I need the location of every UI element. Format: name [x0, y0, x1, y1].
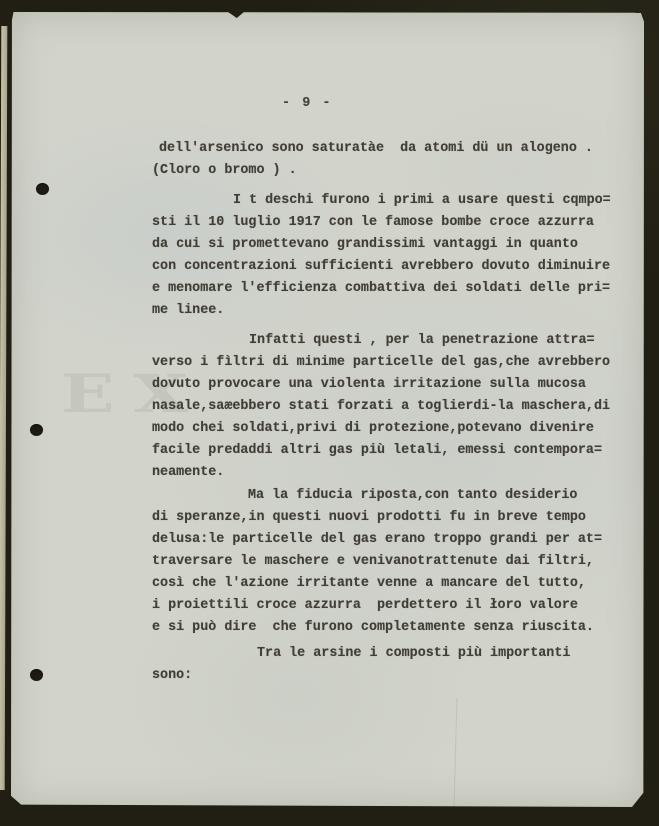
punch-hole [30, 424, 43, 436]
punch-hole [36, 183, 49, 195]
text-line: dovuto provocare una violenta irritazion… [152, 374, 638, 396]
paragraph: Tra le arsine i composti più importanti … [152, 643, 638, 687]
document-page: EX - 9 - dell'arsenico sono saturatàe da… [11, 12, 644, 807]
text-line: I t deschi furono i primi a usare questi… [152, 190, 638, 212]
text-line: Ma la fiducia riposta,con tanto desideri… [152, 485, 638, 507]
text-line: i proiettili croce azzurra perdettero il… [152, 595, 638, 617]
text-line: sono: [152, 665, 638, 687]
text-line: e si può dire che furono completamente s… [152, 617, 638, 639]
paragraph: I t deschi furono i primi a usare questi… [152, 190, 638, 322]
text-line: sti il 10 luglio 1917 con le famose bomb… [152, 212, 638, 234]
text-line: verso i fìltri di minime particelle del … [152, 352, 638, 374]
text-line: di speranze,in questi nuovi prodotti fu … [152, 507, 638, 529]
text-line: modo chei soldati,privi di protezione,po… [152, 418, 638, 440]
text-line: e menomare l'efficienza combattiva dei s… [152, 278, 638, 300]
paragraph: Infatti questi , per la penetrazione att… [152, 330, 638, 484]
text-line: dell'arsenico sono saturatàe da atomi dü… [152, 138, 638, 160]
page-number: - 9 - [282, 96, 333, 111]
text-line: facile predaddi altri gas più letali, em… [152, 440, 638, 462]
text-line: nasale,saæebbero stati forzati a toglier… [152, 396, 638, 418]
typewritten-text: dell'arsenico sono saturatàe da atomi dü… [152, 138, 638, 687]
paragraph: dell'arsenico sono saturatàe da atomi dü… [152, 138, 638, 182]
paragraph: Ma la fiducia riposta,con tanto desideri… [152, 485, 638, 639]
text-line: neamente. [152, 462, 638, 484]
text-line: Infatti questi , per la penetrazione att… [152, 330, 638, 352]
text-line: così che l'azione irritante venne a manc… [152, 573, 638, 595]
text-line: delusa:le particelle del gas erano tropp… [152, 529, 638, 551]
text-line: con concentrazioni sufficienti avrebbero… [152, 256, 638, 278]
punch-hole [30, 669, 43, 681]
text-line: (Cloro o bromo ) . [152, 160, 638, 182]
text-line: traversare le maschere e venivanotratten… [152, 551, 638, 573]
paper-crease [454, 698, 458, 806]
text-line: me linee. [152, 300, 638, 322]
text-line: da cui si promettevano grandissimi vanta… [152, 234, 638, 256]
text-line: Tra le arsine i composti più importanti [152, 643, 638, 665]
